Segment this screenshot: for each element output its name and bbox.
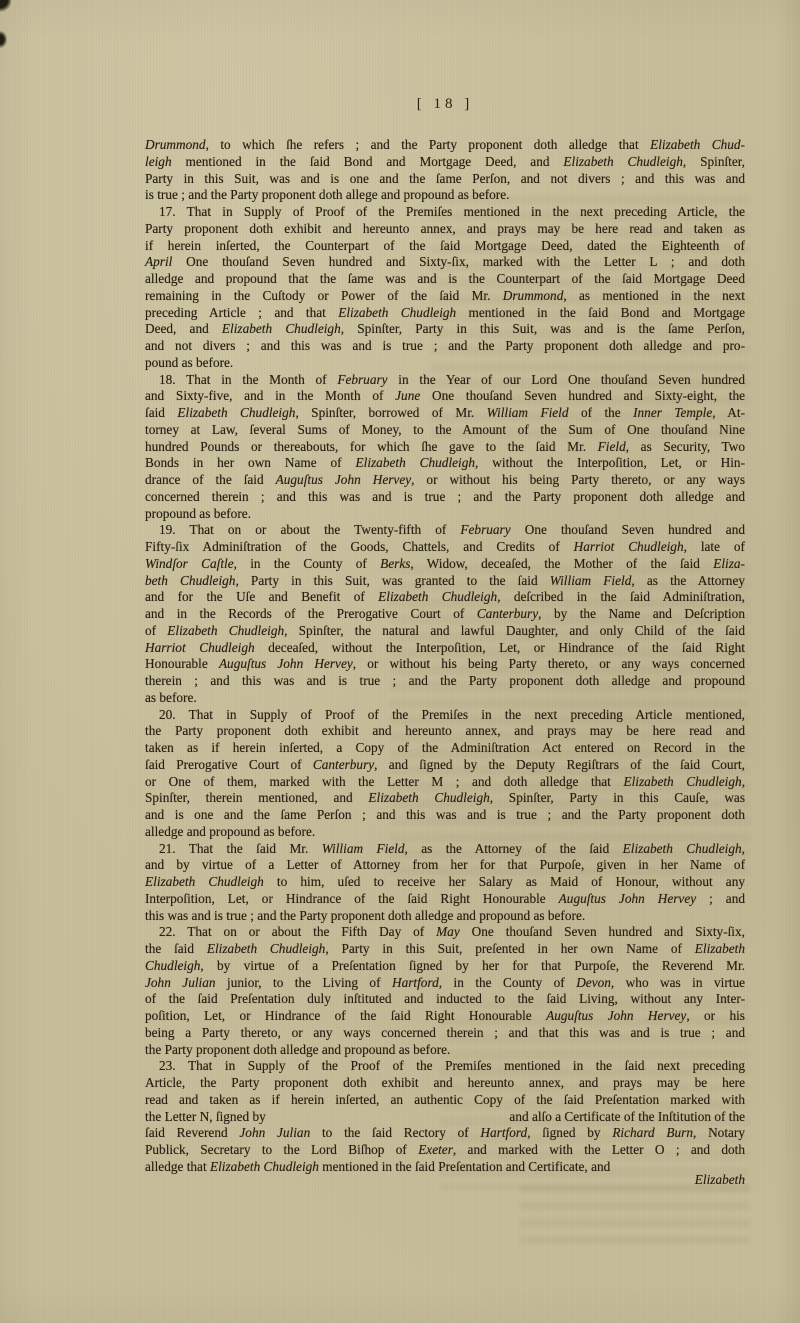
text-line: concerned therein ; and this was and is …	[145, 489, 745, 506]
text-line: propound as before.	[145, 506, 745, 523]
text-line: poſition, Let, or Hindrance of the ſaid …	[145, 1008, 745, 1025]
text-line: as before.	[145, 690, 745, 707]
text-line: Interpoſition, Let, or Hindrance of the …	[145, 891, 745, 908]
text-line: hundred Pounds or thereabouts, for which…	[145, 439, 745, 456]
text-line: or One of them, marked with the Letter M…	[145, 774, 745, 791]
text-line: Harriot Chudleigh deceaſed, without the …	[145, 640, 745, 657]
text-line: if herein inſerted, the Counterpart of t…	[145, 238, 745, 255]
text-line: the Party proponent doth alledge and pro…	[145, 1042, 745, 1059]
text-line: the Party proponent doth exhibit and her…	[145, 723, 745, 740]
text-line: 19. That on or about the Twenty-fifth of…	[145, 522, 745, 539]
text-line: ſaid Reverend John Julian to the ſaid Re…	[145, 1125, 745, 1142]
text-line: 22. That on or about the Fifth Day of Ma…	[145, 924, 745, 941]
text-line: and not divers ; and this was and is tru…	[145, 338, 745, 355]
text-line: Chudleigh, by virtue of a Preſentation ſ…	[145, 958, 745, 975]
text-line: Bonds in her own Name of Elizabeth Chudl…	[145, 455, 745, 472]
text-line: read and taken as if herein inſerted, an…	[145, 1092, 745, 1109]
text-line: and is one and the ſame Perſon ; and thi…	[145, 807, 745, 824]
body-text: Drummond, to which ſhe refers ; and the …	[145, 137, 745, 1176]
text-line: Deed, and Elizabeth Chudleigh, Spinſter,…	[145, 321, 745, 338]
text-line: ſaid Prerogative Court of Canterbury, an…	[145, 757, 745, 774]
text-line: Party proponent doth exhibit and hereunt…	[145, 221, 745, 238]
page-edge-ink-speck	[0, 31, 7, 48]
text-line: Windſor Caſtle, in the County of Berks, …	[145, 556, 745, 573]
text-line: April One thouſand Seven hundred and Six…	[145, 254, 745, 271]
text-line: preceding Article ; and that Elizabeth C…	[145, 305, 745, 322]
text-segment: and alſo a Certificate of the Inſtitutio…	[509, 1109, 745, 1126]
text-line: and in the Records of the Prerogative Co…	[145, 606, 745, 623]
text-line: of Elizabeth Chudleigh, Spinſter, the na…	[145, 623, 745, 640]
scanned-book-page: [ 18 ] Drummond, to which ſhe refers ; a…	[0, 0, 800, 1323]
text-line: Spinſter, therein mentioned, and Elizabe…	[145, 790, 745, 807]
text-line: and for the Uſe and Benefit of Elizabeth…	[145, 589, 745, 606]
bleedthrough-texture	[520, 1185, 750, 1245]
text-line: Honourable Auguſtus John Hervey, or with…	[145, 656, 745, 673]
text-line: 18. That in the Month of February in the…	[145, 372, 745, 389]
catchword: Elizabeth	[145, 1172, 745, 1189]
text-line: taken as if herein inſerted, a Copy of t…	[145, 740, 745, 757]
text-line: the Letter N, ſigned byand alſo a Certif…	[145, 1109, 745, 1126]
text-line: ſaid Elizabeth Chudleigh, Spinſter, borr…	[145, 405, 745, 422]
text-line: Drummond, to which ſhe refers ; and the …	[145, 137, 745, 154]
text-line: Publick, Secretary to the Lord Biſhop of…	[145, 1142, 745, 1159]
text-line: remaining in the Cuſtody or Power of the…	[145, 288, 745, 305]
text-segment: the Letter N, ſigned by	[145, 1109, 266, 1126]
text-line: Party in this Suit, was and is one and t…	[145, 171, 745, 188]
text-line: being a Party thereto, or any ways conce…	[145, 1025, 745, 1042]
text-line: 21. That the ſaid Mr. William Field, as …	[145, 841, 745, 858]
text-line: 23. That in Supply of the Proof of the P…	[145, 1058, 745, 1075]
text-line: John Julian junior, to the Living of Har…	[145, 975, 745, 992]
text-line: Elizabeth Chudleigh to him, uſed to rece…	[145, 874, 745, 891]
text-line: is true ; and the Party proponent doth a…	[145, 187, 745, 204]
text-line: of the ſaid Preſentation duly inſtituted…	[145, 991, 745, 1008]
text-line: 17. That in Supply of Proof of the Premi…	[145, 204, 745, 221]
text-line: beth Chudleigh, Party in this Suit, was …	[145, 573, 745, 590]
text-line: 20. That in Supply of Proof of the Premi…	[145, 707, 745, 724]
text-line: drance of the ſaid Auguſtus John Hervey,…	[145, 472, 745, 489]
text-line: and by virtue of a Letter of Attorney fr…	[145, 857, 745, 874]
text-line: torney at Law, ſeveral Sums of Money, to…	[145, 422, 745, 439]
text-line: Article, the Party proponent doth exhibi…	[145, 1075, 745, 1092]
page-number: [ 18 ]	[145, 96, 745, 113]
text-line: pound as before.	[145, 355, 745, 372]
text-line: this was and is true ; and the Party pro…	[145, 908, 745, 925]
page-edge-ink-speck	[0, 0, 11, 13]
text-line: and Sixty-five, and in the Month of June…	[145, 388, 745, 405]
text-line: Fifty-ſix Adminiſtration of the Goods, C…	[145, 539, 745, 556]
text-line: therein ; and this was and is true ; and…	[145, 673, 745, 690]
text-line: alledge and propound that the ſame was a…	[145, 271, 745, 288]
text-line: leigh mentioned in the ſaid Bond and Mor…	[145, 154, 745, 171]
text-line: alledge and propound as before.	[145, 824, 745, 841]
text-line: the ſaid Elizabeth Chudleigh, Party in t…	[145, 941, 745, 958]
